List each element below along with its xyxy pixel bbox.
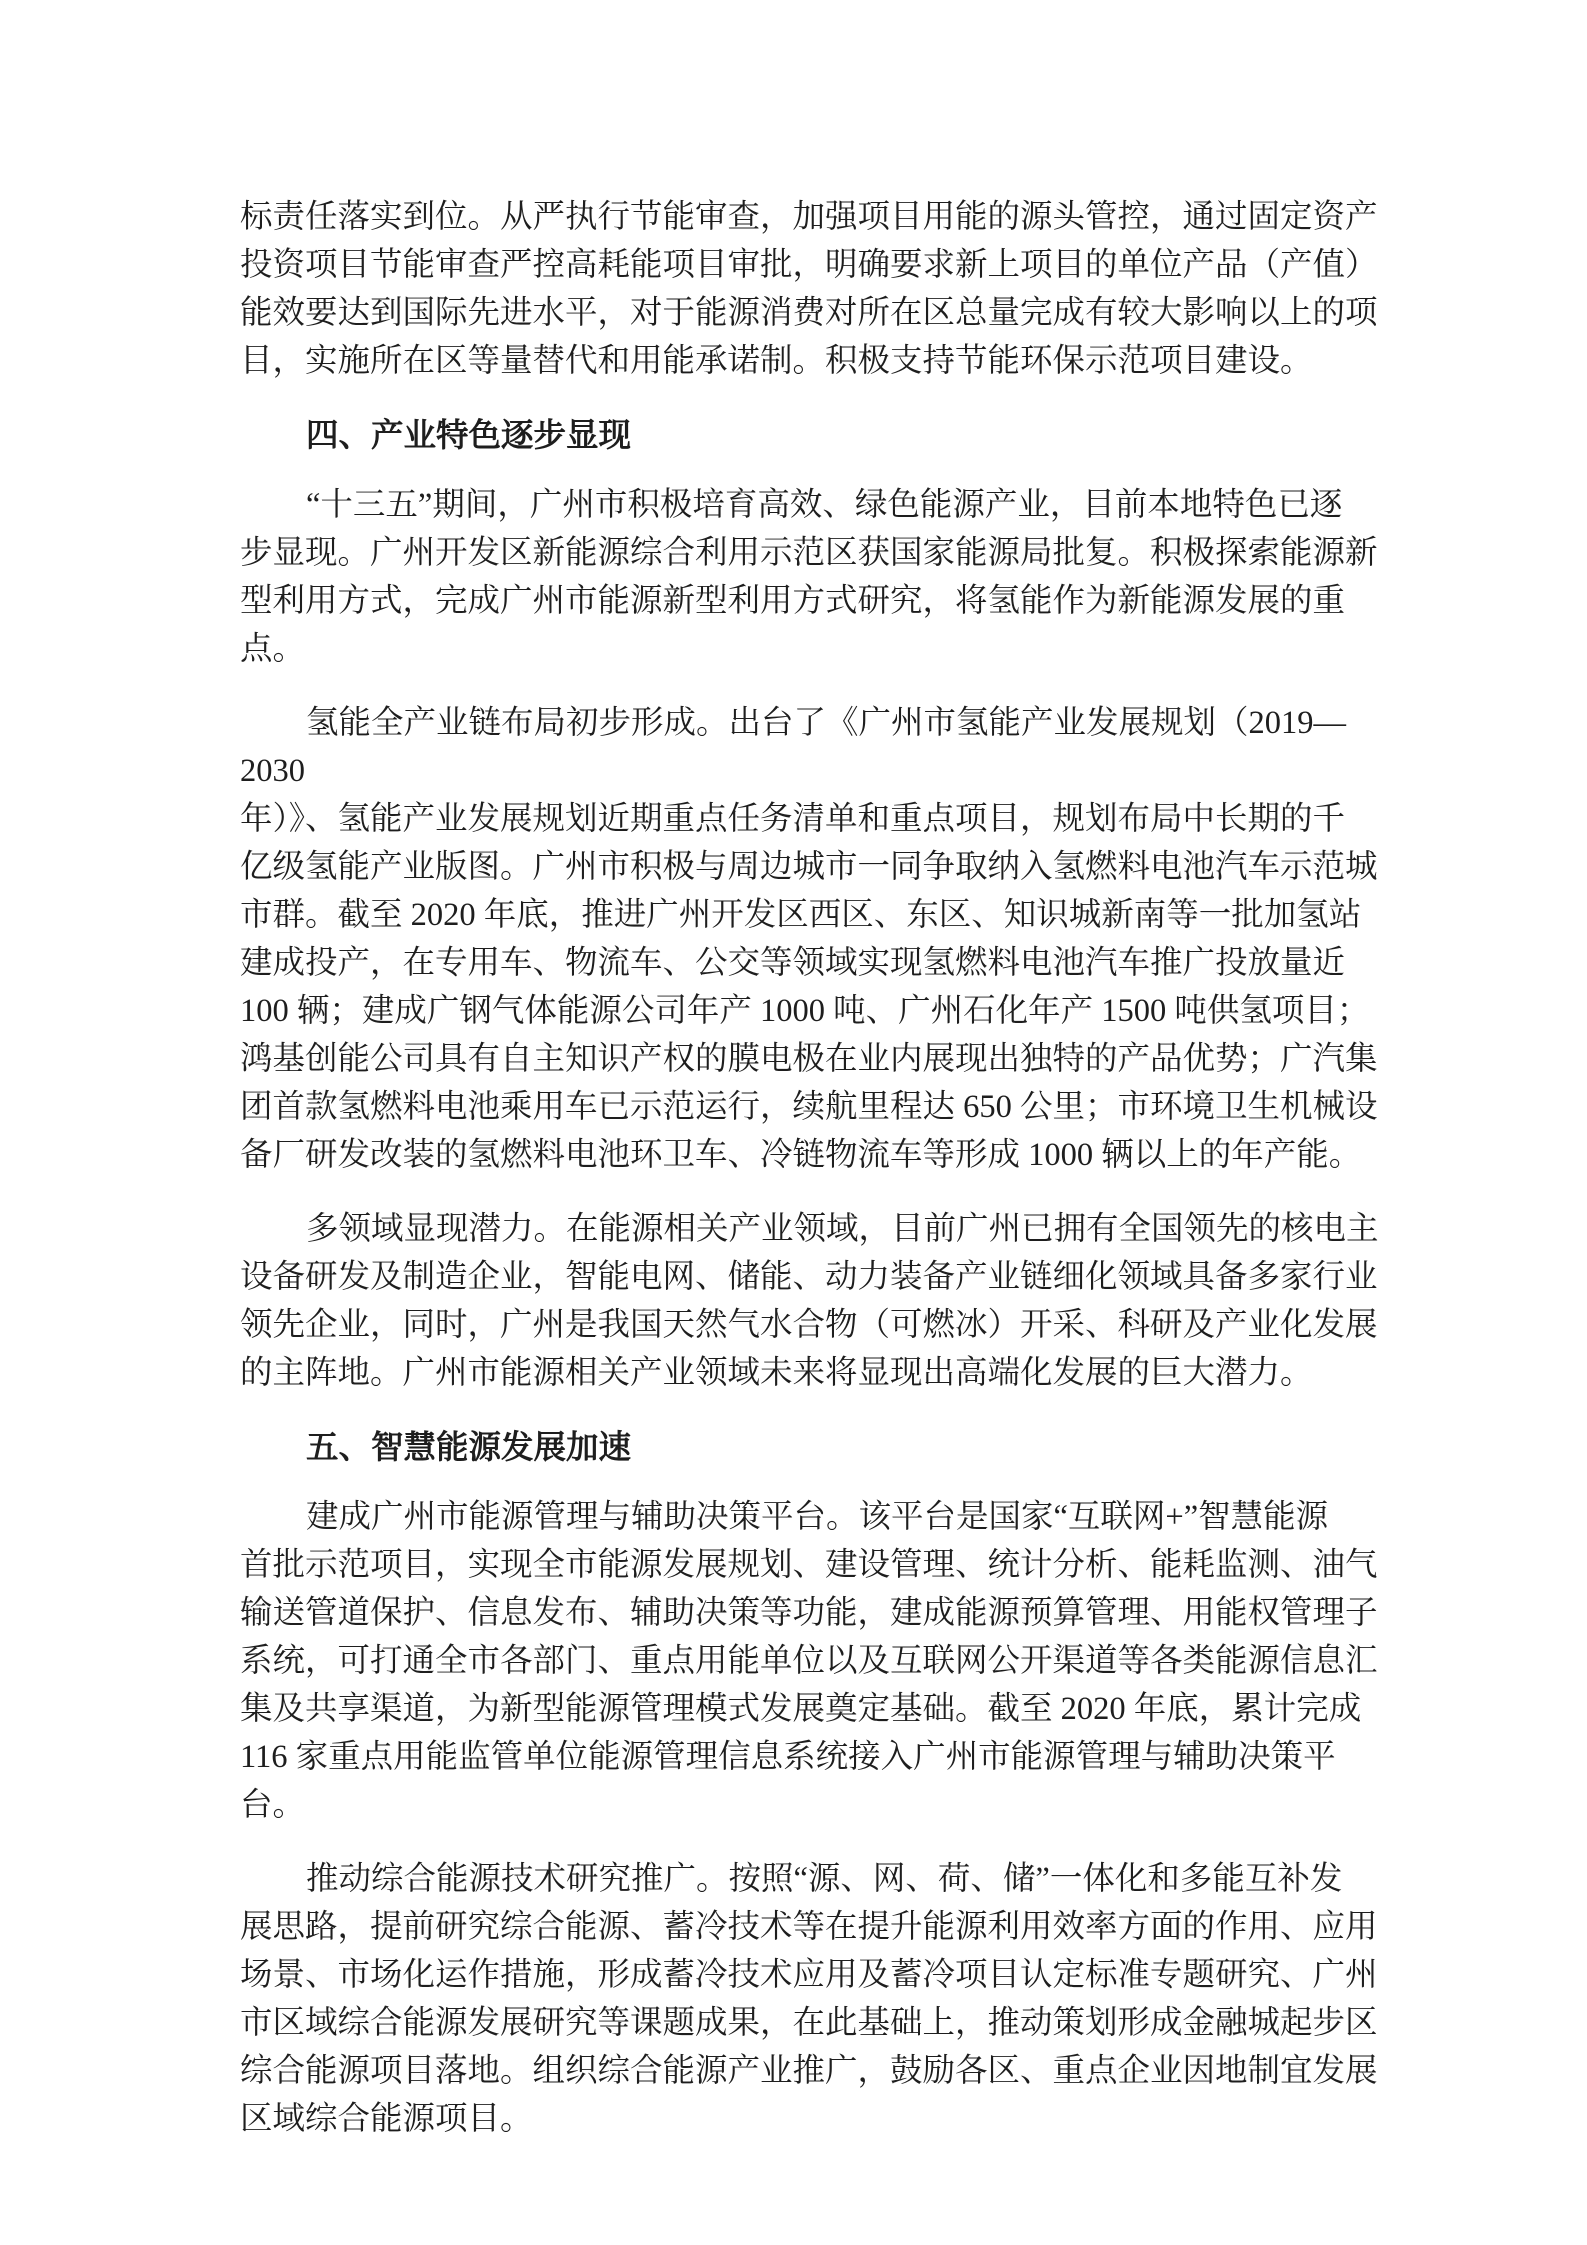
para-energy-audit-continued: 标责任落实到位。从严执行节能审查，加强项目用能的源头管控，通过固定资产 投资项目… <box>240 193 1390 411</box>
para-integrated-energy-research: 推动综合能源技术研究推广。按照“源、网、荷、储”一体化和多能互补发 展思路，提前… <box>240 1855 1390 2169</box>
para-energy-management-platform: 建成广州市能源管理与辅助决策平台。该平台是国家“互联网+”智慧能源 首批示范项目… <box>240 1493 1390 1855</box>
document-page: 标责任落实到位。从严执行节能审查，加强项目用能的源头管控，通过固定资产 投资项目… <box>0 0 1587 2245</box>
document-body: 标责任落实到位。从严执行节能审查，加强项目用能的源头管控，通过固定资产 投资项目… <box>240 193 1390 2169</box>
heading-section-five: 五、智慧能源发展加速 <box>240 1423 1390 1493</box>
heading-section-four: 四、产业特色逐步显现 <box>240 411 1390 481</box>
para-multi-field-potential: 多领域显现潜力。在能源相关产业领域，目前广州已拥有全国领先的核电主 设备研发及制… <box>240 1205 1390 1423</box>
para-industry-features: “十三五”期间，广州市积极培育高效、绿色能源产业，目前本地特色已逐 步显现。广州… <box>240 481 1390 699</box>
para-hydrogen-industry-chain: 氢能全产业链布局初步形成。出台了《广州市氢能产业发展规划（2019—2030 年… <box>240 699 1390 1205</box>
